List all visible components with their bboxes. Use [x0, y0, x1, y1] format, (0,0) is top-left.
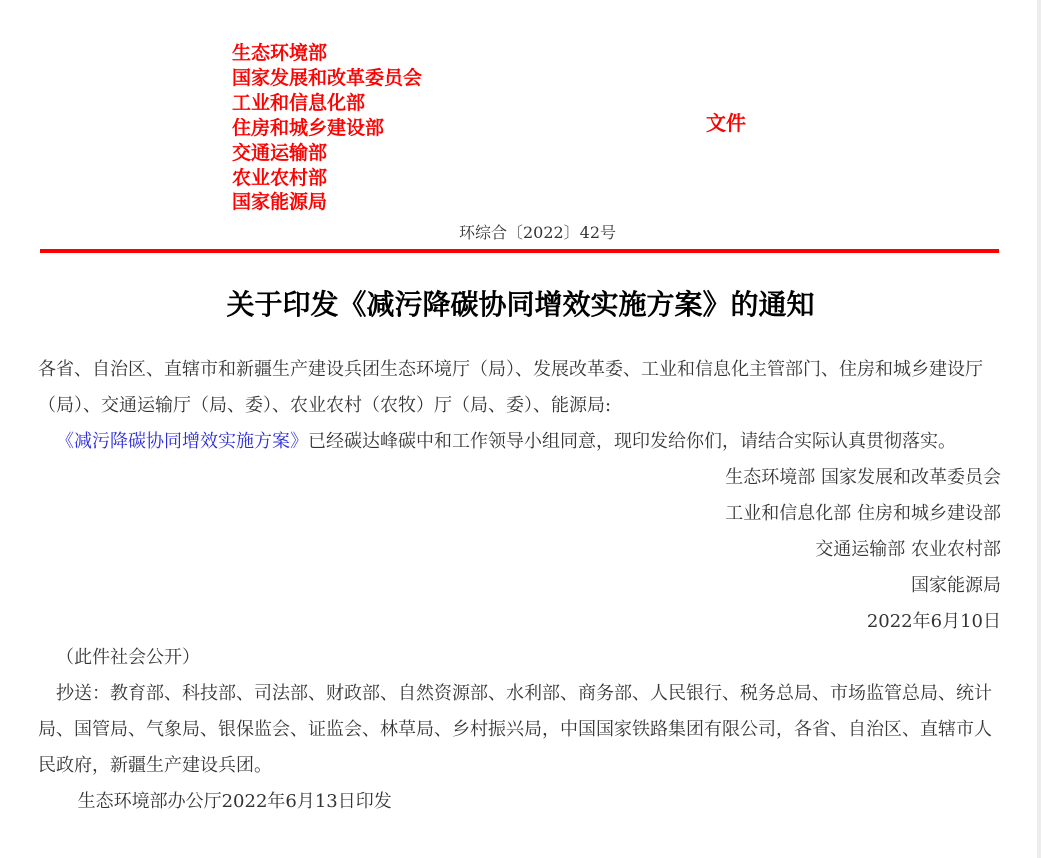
cc-list: 抄送：教育部、科技部、司法部、财政部、自然资源部、水利部、商务部、人民银行、税务…: [38, 676, 1001, 784]
agency-name: 国家发展和改革委员会: [232, 67, 422, 92]
agency-name: 工业和信息化部: [232, 92, 422, 117]
signoff-block: 生态环境部 国家发展和改革委员会 工业和信息化部 住房和城乡建设部 交通运输部 …: [38, 460, 1001, 640]
notice-paragraph: 《减污降碳协同增效实施方案》已经碳达峰碳中和工作领导小组同意，现印发给你们，请结…: [38, 424, 1001, 460]
sign-date: 2022年6月10日: [38, 604, 1001, 640]
page-edge-line: [1037, 0, 1041, 858]
plan-link[interactable]: 《减污降碳协同增效实施方案》: [56, 431, 308, 452]
signing-agency: 生态环境部 国家发展和改革委员会: [38, 460, 1001, 496]
document-title: 关于印发《减污降碳协同增效实施方案》的通知: [0, 286, 1041, 324]
public-disclosure-note: （此件社会公开）: [38, 640, 1001, 676]
recipients-paragraph: 各省、自治区、直辖市和新疆生产建设兵团生态环境厅（局）、发展改革委、工业和信息化…: [38, 352, 1001, 424]
signing-agency: 交通运输部 农业农村部: [38, 532, 1001, 568]
issuing-agencies: 生态环境部 国家发展和改革委员会 工业和信息化部 住房和城乡建设部 交通运输部 …: [232, 42, 422, 216]
signing-agency: 国家能源局: [38, 568, 1001, 604]
agency-name: 生态环境部: [232, 42, 422, 67]
agency-name: 交通运输部: [232, 142, 422, 167]
agency-name: 住房和城乡建设部: [232, 117, 422, 142]
document-page: 生态环境部 国家发展和改革委员会 工业和信息化部 住房和城乡建设部 交通运输部 …: [0, 0, 1041, 858]
red-divider-line: [40, 249, 999, 253]
agency-name: 国家能源局: [232, 191, 422, 216]
print-note: 生态环境部办公厅2022年6月13日印发: [38, 784, 1001, 820]
document-number: 环综合〔2022〕42号: [0, 222, 1041, 244]
agency-name: 农业农村部: [232, 167, 422, 192]
notice-text: 已经碳达峰碳中和工作领导小组同意，现印发给你们，请结合实际认真贯彻落实。: [308, 431, 956, 452]
document-type-label: 文件: [706, 112, 746, 136]
document-body: 各省、自治区、直辖市和新疆生产建设兵团生态环境厅（局）、发展改革委、工业和信息化…: [38, 352, 1001, 820]
signing-agency: 工业和信息化部 住房和城乡建设部: [38, 496, 1001, 532]
